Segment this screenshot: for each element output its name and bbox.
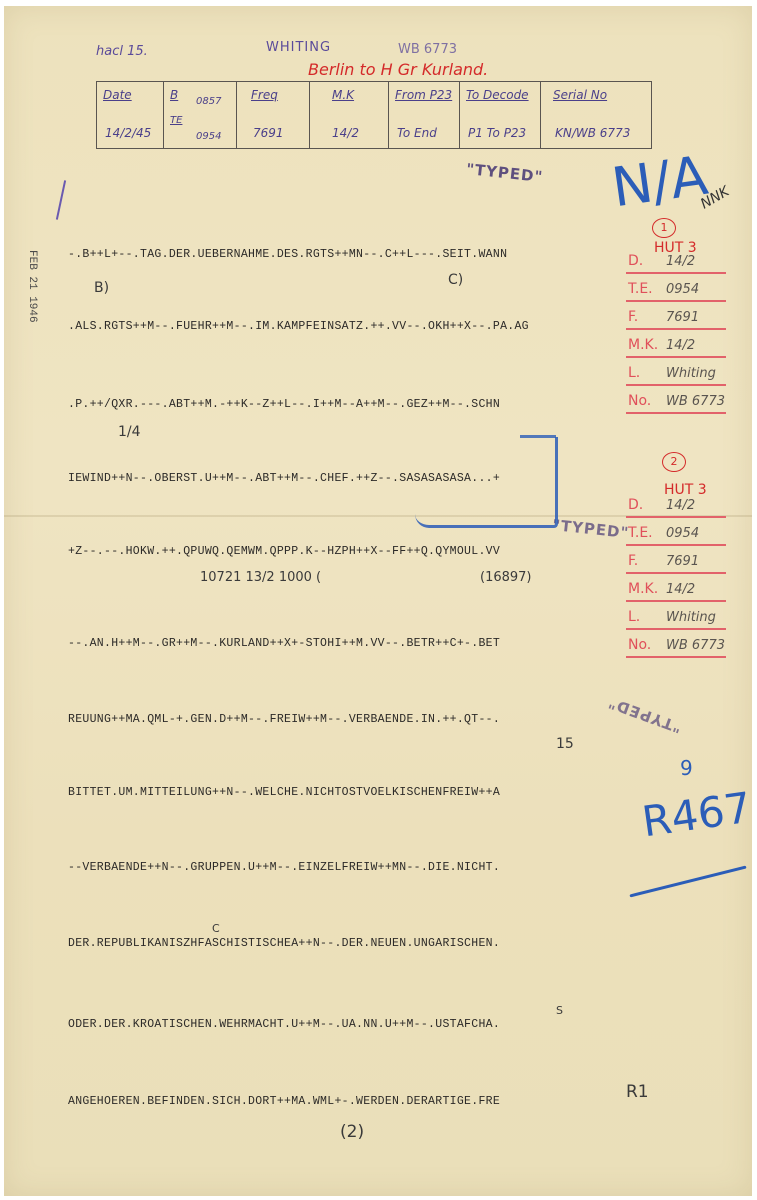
from-label: From P23	[395, 88, 452, 102]
message-line-10: DER.REPUBLIKANISZHFASCHISTISCHEA++N--.DE…	[68, 937, 500, 950]
serial-value: KN/WB 6773	[555, 126, 630, 140]
receipt-stamp-2: D.14/2 T.E.0954 F.7691 M.K.14/2 L.Whitin…	[626, 490, 726, 658]
date-cell: Date 14/2/45	[97, 82, 164, 148]
stamp-row: No.WB 6773	[626, 386, 726, 414]
message-line-4: IEWIND++N--.OBERST.U++M--.ABT++M--.CHEF.…	[68, 472, 500, 485]
annotation-c-correction: C	[212, 922, 220, 935]
message-line-6: --.AN.H++M--.GR++M--.KURLAND++X+-STOHI++…	[68, 637, 500, 650]
freq-label: Freq	[251, 88, 278, 102]
times-cell: B 0857 TE 0954	[164, 82, 237, 148]
annotation-2: (2)	[340, 1122, 364, 1142]
stamp-row: T.E.0954	[626, 274, 726, 302]
message-line-3: .P.++/QXR.---.ABT++M.-++K--Z++L--.I++M--…	[68, 398, 500, 411]
mk-value: 14/2	[332, 126, 359, 140]
end-label: TE	[170, 115, 182, 126]
begin-label: B	[170, 88, 178, 102]
to-decode-cell: To Decode P1 To P23	[460, 82, 541, 148]
to-decode-label: To Decode	[466, 88, 529, 102]
reference-note: WB 6773	[398, 42, 457, 57]
mk-cell: M.K 14/2	[310, 82, 389, 148]
message-line-8: BITTET.UM.MITTEILUNG++N--.WELCHE.NICHTOS…	[68, 786, 500, 799]
freq-value: 7691	[253, 126, 284, 140]
freq-cell: Freq 7691	[237, 82, 310, 148]
blue-bracket-top	[520, 435, 556, 438]
side-date-stamp: FEB 21 1946	[26, 250, 38, 323]
route-note: Berlin to H Gr Kurland.	[308, 60, 488, 79]
annotation-s-correction: S	[556, 1004, 563, 1017]
annotation-group-numbers: 10721 13/2 1000 (	[200, 570, 321, 585]
serial-label: Serial No	[553, 88, 607, 102]
message-line-11: ODER.DER.KROATISCHEN.WEHRMACHT.U++M--.UA…	[68, 1018, 500, 1031]
stamp-row: No.WB 6773	[626, 630, 726, 658]
stamp-2-circle: 2	[662, 452, 686, 472]
r-mark-superscript: 9	[680, 756, 693, 780]
stamp-row: L.Whiting	[626, 358, 726, 386]
stamp-row: D.14/2	[626, 246, 726, 274]
annotation-r1: R1	[626, 1082, 649, 1102]
begin-value: 0857	[196, 96, 221, 107]
to-decode-value: P1 To P23	[468, 126, 526, 140]
stamp-row: L.Whiting	[626, 602, 726, 630]
top-left-note: hacl 15.	[96, 44, 148, 59]
date-label: Date	[103, 88, 132, 102]
stamp-row: M.K.14/2	[626, 574, 726, 602]
annotation-group-count: (16897)	[480, 570, 532, 585]
end-value: 0954	[196, 131, 221, 142]
mk-label: M.K	[332, 88, 354, 102]
message-line-2: .ALS.RGTS++M--.FUEHR++M--.IM.KAMPFEINSAT…	[68, 320, 529, 333]
header-table: Date 14/2/45 B 0857 TE 0954 Freq 7691 M.…	[96, 81, 652, 149]
operator-note: WHITING	[266, 40, 331, 55]
date-value: 14/2/45	[105, 126, 151, 140]
stamp-1-circle: 1	[652, 218, 676, 238]
stamp-row: D.14/2	[626, 490, 726, 518]
receipt-stamp-1: D.14/2 T.E.0954 F.7691 M.K.14/2 L.Whitin…	[626, 246, 726, 414]
message-line-5: +Z--.--.HOKW.++.QPUWQ.QEMWM.QPPP.K--HZPH…	[68, 545, 500, 558]
message-line-1: -.B++L+--.TAG.DER.UEBERNAHME.DES.RGTS++M…	[68, 248, 507, 261]
message-line-12: ANGEHOEREN.BEFINDEN.SICH.DORT++MA.WML+-.…	[68, 1095, 500, 1108]
from-value: To End	[397, 126, 437, 140]
message-line-9: --VERBAENDE++N--.GRUPPEN.U++M--.EINZELFR…	[68, 861, 500, 874]
annotation-b: B)	[94, 280, 109, 296]
annotation-quarter: 1/4	[118, 424, 141, 440]
stamp-row: M.K.14/2	[626, 330, 726, 358]
serial-cell: Serial No KN/WB 6773	[541, 82, 651, 148]
na-mark: N/A	[608, 144, 711, 220]
from-cell: From P23 To End	[389, 82, 460, 148]
stamp-row: T.E.0954	[626, 518, 726, 546]
stamp-row: F.7691	[626, 546, 726, 574]
stamp-row: F.7691	[626, 302, 726, 330]
annotation-c: C)	[448, 272, 463, 288]
annotation-15: 15	[556, 736, 574, 752]
message-line-7: REUUNG++MA.QML-+.GEN.D++M--.FREIW++M--.V…	[68, 713, 500, 726]
